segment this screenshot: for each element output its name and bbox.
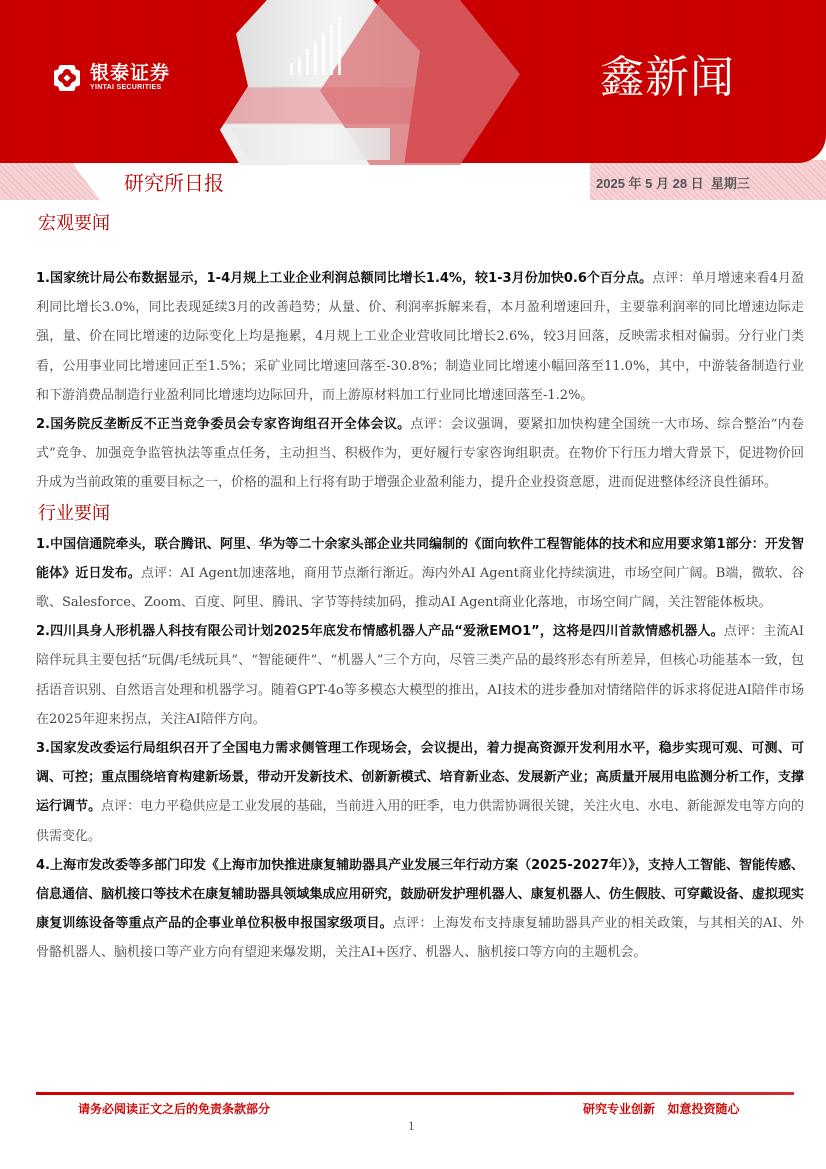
news-comment: 点评：主流AI陪伴玩具主要包括“玩偶/毛绒玩具”、“智能硬件”、“机器人”三个方… — [36, 624, 804, 727]
header-banner: 银泰证券 YINTAI SECURITIES 鑫新闻 研究所日报 2025 年 … — [0, 0, 826, 200]
news-item: 3.国家发改委运行局组织召开了全国电力需求侧管理工作现场会，会议提出，着力提高资… — [36, 734, 804, 851]
news-item: 2.国务院反垄断反不正当竞争委员会专家咨询组召开全体会议。点评：会议强调，要紧扣… — [36, 410, 804, 498]
footer-slogan: 研究专业创新 如意投资随心 — [583, 1100, 740, 1117]
news-headline: 2.国务院反垄断反不正当竞争委员会专家咨询组召开全体会议。 — [36, 417, 411, 432]
news-headline: 2.四川具身人形机器人科技有限公司计划2025年底发布情感机器人产品“爱湫EMO… — [36, 624, 724, 639]
news-item: 2.四川具身人形机器人科技有限公司计划2025年底发布情感机器人产品“爱湫EMO… — [36, 617, 804, 734]
report-title: 研究所日报 — [124, 170, 224, 196]
news-item: 4.上海市发改委等多部门印发《上海市加快推进康复辅助器具产业发展三年行动方案（2… — [36, 851, 804, 968]
news-comment: 点评：电力平稳供应是工业发展的基础，当前进入用的旺季，电力供需协调很关键，关注火… — [36, 799, 804, 843]
logo-name-cn: 银泰证券 — [90, 63, 170, 83]
company-logo: 银泰证券 YINTAI SECURITIES — [52, 63, 170, 93]
report-date: 2025 年 5 月 28 日 星期三 — [596, 175, 750, 193]
news-headline: 1.国家统计局公布数据显示，1-4月规上工业企业利润总额同比增长1.4%，较1-… — [36, 271, 652, 286]
page-number: 1 — [408, 1118, 415, 1134]
news-comment: 点评：AI Agent加速落地，商用节点渐行渐近。海内外AI Agent商业化持… — [36, 566, 804, 610]
news-item: 1.国家统计局公布数据显示，1-4月规上工业企业利润总额同比增长1.4%，较1-… — [36, 264, 804, 410]
news-comment: 点评：单月增速来看4月盈利同比增长3.0%，同比表现延续3月的改善趋势；从量、价… — [36, 271, 804, 403]
report-content: 宏观要闻 1.国家统计局公布数据显示，1-4月规上工业企业利润总额同比增长1.4… — [28, 212, 804, 968]
product-title: 鑫新闻 — [600, 52, 735, 104]
section-title-industry: 行业要闻 — [38, 502, 804, 526]
section-title-macro: 宏观要闻 — [38, 212, 804, 236]
footer-divider — [36, 1092, 794, 1095]
news-item: 1.中国信通院牵头，联合腾讯、阿里、华为等二十余家头部企业共同编制的《面向软件工… — [36, 530, 804, 618]
disclaimer-notice: 请务必阅读正文之后的免责条款部分 — [78, 1100, 270, 1117]
logo-name-en: YINTAI SECURITIES — [90, 83, 170, 93]
banner-photo-strip — [230, 128, 390, 160]
banner-bar-chart-graphic — [290, 15, 380, 75]
yintai-flower-logo-icon — [52, 63, 82, 93]
